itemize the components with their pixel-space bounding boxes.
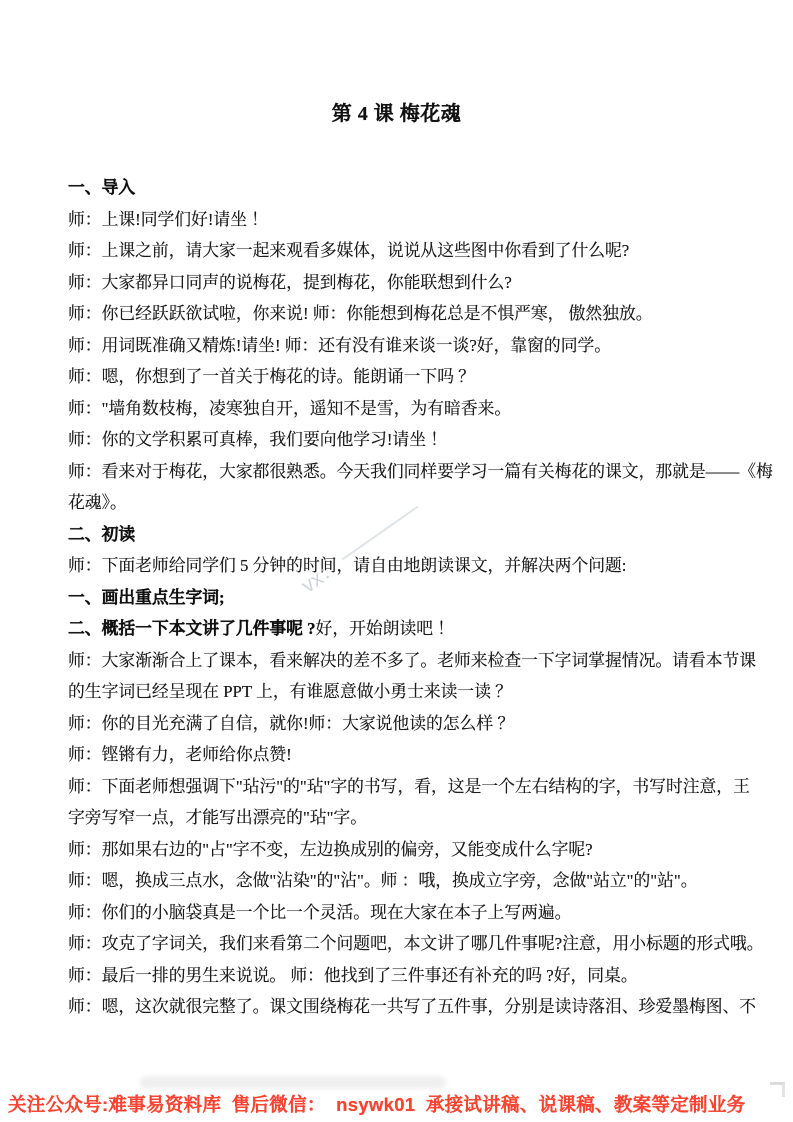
lesson-document-page: 第 4 课 梅花魂 一、导入 师：上课!同学们好!请坐 ！ 师：上课之前，请大家… — [0, 0, 793, 1122]
dialogue-line: 师：最后一排的男生来说说。 师：他找到了三件事还有补充的吗 ?好，同桌。 — [68, 960, 773, 992]
dialogue-line-wrap: 的生字词已经呈现在 PPT 上，有谁愿意做小勇士来读一读 ？ — [68, 676, 773, 708]
dialogue-line: 师：看来对于梅花，大家都很熟悉。今天我们同样要学习一篇有关梅花的课文，那就是——… — [68, 456, 773, 488]
dialogue-line: 师：那如果右边的"占"字不变，左边换成别的偏旁，又能变成什么字呢? — [68, 834, 773, 866]
dialogue-line: 师：你的文学积累可真棒，我们要向他学习!请坐 ！ — [68, 424, 773, 456]
dialogue-line: 师：嗯，这次就很完整了。课文围绕梅花一共写了五件事，分别是读诗落泪、珍爱墨梅图、… — [68, 991, 773, 1023]
task-item-2-rest: 好，开始朗读吧 ！ — [316, 619, 454, 638]
dialogue-line-wrap: 字旁写窄一点，才能写出漂亮的"玷"字。 — [68, 802, 773, 834]
task-item-2: 二、概括一下本文讲了几件事呢 ?好，开始朗读吧 ！ — [68, 613, 773, 645]
dialogue-line-wrap: 花魂》。 — [68, 487, 773, 519]
section-heading-first-read: 二、初读 — [68, 519, 773, 551]
task-item-2-bold: 二、概括一下本文讲了几件事呢 ? — [68, 619, 316, 638]
dialogue-line: 师：大家渐渐合上了课本，看来解决的差不多了。老师来检查一下字词掌握情况。请看本节… — [68, 645, 773, 677]
dialogue-line: 师：下面老师给同学们 5 分钟的时间，请自由地朗读课文，并解决两个问题: — [68, 550, 773, 582]
page-title: 第 4 课 梅花魂 — [0, 0, 793, 127]
dialogue-line: 师：攻克了字词关，我们来看第二个问题吧，本文讲了哪几件事呢?注意，用小标题的形式… — [68, 928, 773, 960]
section-heading-intro: 一、导入 — [68, 172, 773, 204]
dialogue-line: 师：铿锵有力，老师给你点赞! — [68, 739, 773, 771]
dialogue-line: 师：你们的小脑袋真是一个比一个灵活。现在大家在本子上写两遍。 — [68, 897, 773, 929]
dialogue-line: 师：下面老师想强调下"玷污"的"玷"字的书写，看，这是一个左右结构的字，书写时注… — [68, 771, 773, 803]
footer-promo-banner: 关注公众号:难事易资料库 售后微信： nsywk01 承接试讲稿、说课稿、教案等… — [0, 1092, 793, 1122]
erased-watermark-smudge — [140, 1076, 446, 1089]
dialogue-line: 师：你的目光充满了自信，就你!师：大家说他读的怎么样 ？ — [68, 708, 773, 740]
dialogue-line: 师：嗯，换成三点水，念做"沾染"的"沾"。师 ：哦，换成立字旁，念做"站立"的"… — [68, 865, 773, 897]
lesson-transcript: 一、导入 师：上课!同学们好!请坐 ！ 师：上课之前，请大家一起来观看多媒体，说… — [0, 172, 793, 1023]
task-item-1: 一、画出重点生字词; — [68, 582, 773, 614]
dialogue-line: 师：用词既准确又精炼!请坐! 师：还有没有谁来谈一谈?好，靠窗的同学。 — [68, 330, 773, 362]
dialogue-line: 师：嗯，你想到了一首关于梅花的诗。能朗诵一下吗 ？ — [68, 361, 773, 393]
dialogue-line: 师：上课之前，请大家一起来观看多媒体，说说从这些图中你看到了什么呢? — [68, 235, 773, 267]
dialogue-line-poem: 师："墙角数枝梅，凌寒独自开，遥知不是雪，为有暗香来。 — [68, 393, 773, 425]
dialogue-line: 师：上课!同学们好!请坐 ！ — [68, 204, 773, 236]
dialogue-line: 师：你已经跃跃欲试啦，你来说! 师：你能想到梅花总是不惧严寒， 傲然独放。 — [68, 298, 773, 330]
dialogue-line: 师：大家都异口同声的说梅花，提到梅花，你能联想到什么? — [68, 267, 773, 299]
